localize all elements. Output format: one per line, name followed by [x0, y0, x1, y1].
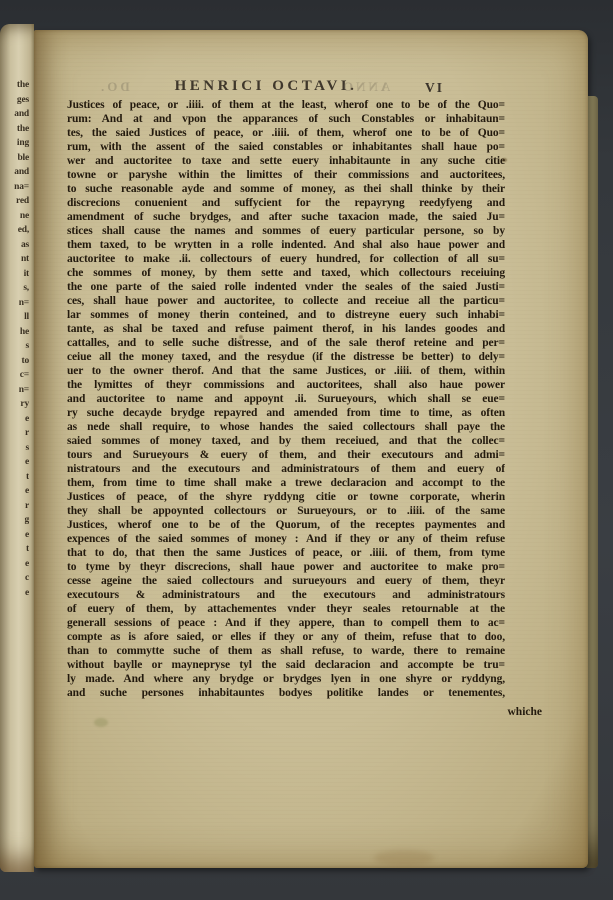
text-fragment: t — [1, 470, 29, 485]
text-line: compte as is afore saied, or elles if th… — [67, 630, 505, 644]
text-fragment: e — [1, 455, 29, 470]
text-fragment: r — [1, 426, 29, 441]
text-line: nistratours and the executours and admin… — [67, 462, 505, 476]
text-fragment: r — [1, 499, 29, 514]
text-fragment: n= — [1, 383, 29, 398]
text-line: without baylle or maynepryse tyl the sai… — [67, 658, 505, 672]
text-line: cesse ageine the saied collectours and s… — [67, 574, 505, 588]
text-line: saied sommes of money taxed, and by them… — [67, 434, 505, 448]
book-page: DO. HENRICI OCTAVI. ANNO VI Justices of … — [34, 30, 588, 868]
text-fragment: e — [1, 484, 29, 499]
text-fragment: it — [1, 267, 29, 282]
text-line: stices shall cause the names and sommes … — [67, 224, 505, 238]
text-line: than to commytte suche of them as shall … — [67, 644, 505, 658]
text-line: and auctoritee to name and appoynt .ii. … — [67, 392, 505, 406]
text-line: tante, as shal be taxed and refuse paime… — [67, 322, 505, 336]
text-fragment: e — [1, 412, 29, 427]
text-fragment: c — [1, 571, 29, 586]
photo-background: thegesandtheingbleandna=redneed,asntits,… — [0, 0, 613, 900]
text-line: Justices, wherof one to be of the Quorum… — [67, 518, 505, 532]
text-line: as nede shall require, to whose handes t… — [67, 420, 505, 434]
show-through-text: DO. — [98, 79, 130, 95]
text-fragment: and — [1, 165, 29, 180]
text-line: to suche reasonable ayde and somme of mo… — [67, 182, 505, 196]
text-fragment: g — [1, 513, 29, 528]
text-line: they shall be appoynted collectours or S… — [67, 504, 505, 518]
text-line: rum: And at and vpon the apparances of s… — [67, 112, 505, 126]
text-line: discrecions conuenient and suffycient fo… — [67, 196, 505, 210]
text-fragment: ll — [1, 310, 29, 325]
text-fragment: as — [1, 238, 29, 253]
text-line: che sommes of money, by them sette and t… — [67, 266, 505, 280]
text-fragment: ing — [1, 136, 29, 151]
stain-mark — [374, 850, 434, 866]
text-fragment: ne — [1, 209, 29, 224]
text-line: rum, with the assent of the saied consta… — [67, 140, 505, 154]
text-fragment: ble — [1, 151, 29, 166]
text-line: and suche persones inhabitauntes bodyes … — [67, 686, 505, 700]
text-line: tes, the saied Justices of peace, or .ii… — [67, 126, 505, 140]
text-line: to tyme by theyr discrecions, shall haue… — [67, 560, 505, 574]
text-fragment: s, — [1, 281, 29, 296]
text-fragment — [1, 615, 29, 630]
text-line: expences of the saied sommes of money : … — [67, 532, 505, 546]
text-line: generall sessions of peace : And if they… — [67, 616, 505, 630]
catchword: whiche — [508, 706, 543, 718]
text-line: them taxed, to be wrytten in a rolle ind… — [67, 238, 505, 252]
text-fragment: the — [1, 122, 29, 137]
text-line: ces, shall haue power and auctoritee, to… — [67, 294, 505, 308]
text-fragment: s — [1, 339, 29, 354]
text-line: lar sommes of money therin conteined, an… — [67, 308, 505, 322]
text-fragment: e — [1, 528, 29, 543]
show-through-text: ANNO — [340, 79, 390, 95]
text-fragment: na= — [1, 180, 29, 195]
text-fragment: s — [1, 441, 29, 456]
text-line: uer to the owner therof. And that the sa… — [67, 364, 505, 378]
text-fragment: ges — [1, 93, 29, 108]
text-line: that to do, that then the same Justices … — [67, 546, 505, 560]
text-line: executours & administratours and the exe… — [67, 588, 505, 602]
text-fragment: the — [1, 78, 29, 93]
page-number: VI — [425, 80, 444, 96]
text-fragment: nt — [1, 252, 29, 267]
text-fragment: he — [1, 325, 29, 340]
text-line: ly made. And where any brydge or brydges… — [67, 672, 505, 686]
text-fragment — [1, 600, 29, 615]
text-fragment: red — [1, 194, 29, 209]
text-fragment: c= — [1, 368, 29, 383]
previous-page-edge: thegesandtheingbleandna=redneed,asntits,… — [0, 24, 34, 872]
text-line: cattalles, and to selle suche distresse,… — [67, 336, 505, 350]
text-line: the lymittes of theyr commissions and au… — [67, 378, 505, 392]
text-line: ceiue all the money taxed, and the resyd… — [67, 350, 505, 364]
text-fragment: e — [1, 557, 29, 572]
text-line: Justices of peace, or .iiii. of them at … — [67, 98, 505, 112]
running-header: DO. HENRICI OCTAVI. ANNO VI — [34, 78, 588, 100]
text-fragment: ry — [1, 397, 29, 412]
text-line: amendment of suche brydges, and after su… — [67, 210, 505, 224]
text-line: tours and Surueyours & euery of them, an… — [67, 448, 505, 462]
text-line: towne or paryshe within the limittes of … — [67, 168, 505, 182]
text-line: of euery of them, by attachementes vnder… — [67, 602, 505, 616]
text-fragment: ed, — [1, 223, 29, 238]
text-line: them, from time to time shall make a tre… — [67, 476, 505, 490]
text-line: auctoritee to make .ii. collectours of e… — [67, 252, 505, 266]
text-line: wer and auctoritee to taxe and sette eue… — [67, 154, 505, 168]
text-fragment: to — [1, 354, 29, 369]
text-fragment: and — [1, 107, 29, 122]
text-fragment: n= — [1, 296, 29, 311]
text-line: the one parte of the saied rolle indente… — [67, 280, 505, 294]
previous-page-text-fragments: thegesandtheingbleandna=redneed,asntits,… — [1, 78, 29, 629]
stain-mark — [94, 718, 108, 727]
text-fragment: t — [1, 542, 29, 557]
text-line: ry suche decayde brydge repayred and ame… — [67, 406, 505, 420]
text-line: Justices of peace, of the shyre ryddyng … — [67, 490, 505, 504]
text-fragment: e — [1, 586, 29, 601]
body-text: Justices of peace, or .iiii. of them at … — [67, 98, 505, 700]
